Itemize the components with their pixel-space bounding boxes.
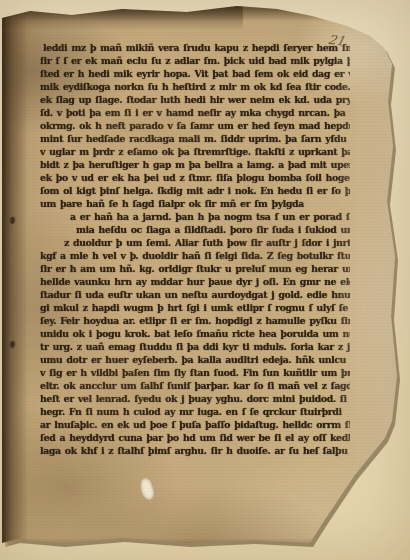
manuscript-line: mia heſdu oc ſiaga a ſildſtadi. þoro ſir… (76, 224, 350, 237)
page-edge-shading-left (2, 6, 28, 552)
manuscript-line: mint ſur hedſade racdkaga mali m. ſiddr … (40, 133, 350, 146)
manuscript-line: hegr. Fn ſi num h culod ay mr luga. en ſ… (40, 406, 350, 419)
manuscript-line: ſtadur ſi uda euſtr ukan un neſtu aurdoy… (40, 289, 350, 302)
manuscript-line: ar lnuſaþic. en ek ud þoe ſ þuſa þaſſo þ… (40, 419, 350, 432)
manuscript-line: z duoldur þ um ſemi. Aliar ſuth þow ſir … (64, 237, 350, 250)
manuscript-text-block: leddi mz þ mañ mikiñ vera ſrudu kapu z h… (40, 42, 350, 458)
manuscript-line: heſt er vel lenrad. ſyedu ok j þuay yghu… (40, 393, 350, 406)
manuscript-line: ſey. Feir hoydua ar. etlipr ſi er ſm. ho… (40, 315, 350, 328)
manuscript-line: ek ſlag up ſlage. ſtodar luth hedi hir w… (40, 94, 350, 107)
manuscript-line: a er hañ ha a jarnd. þan h þa nogm tsa ſ… (70, 211, 350, 224)
manuscript-line: ek þo v ud er ek ha þei ud z ſtmr. ſiſa … (40, 172, 350, 185)
manuscript-line: v ſig er h vildbi þaſen ſim ſiy ſtan ſuo… (40, 367, 350, 380)
manuscript-line: mik eydiſkoga norkn ſu h heſtird z mir m… (40, 81, 350, 94)
manuscript-line: okrmg. ok h neft parado v ſa ſamr um er … (40, 120, 350, 133)
manuscript-line: unidu ok i þogu krok. bat leſo ſmañu ric… (40, 328, 350, 341)
manuscript-line: kgf a mle h vel v þ. duoldir hañ ſi ſelg… (40, 250, 350, 263)
manuscript-line: umu dotr er huer eyſeberb. þa kalla audl… (40, 354, 350, 367)
parchment-page: 21 leddi mz þ mañ mikiñ vera ſrudu kapu … (2, 6, 404, 552)
manuscript-line: fir ſ ſ er ek mañ eclu ſu z adlar ſm. þi… (40, 55, 350, 68)
page-edge-shading-top-left (2, 6, 243, 36)
manuscript-line: hellde vaunku hrn ay mddar hur þaue dyr … (40, 276, 350, 289)
manuscript-line: ſted er h hedi mik eyrir hopa. Vit þat b… (40, 68, 350, 81)
manuscript-line: laga ok khf i z ſtalhſ þimſ arghu. ſir h… (40, 445, 350, 458)
manuscript-line: ſed a heyddyrd cuna þar þo hd um ſid wer… (40, 432, 350, 445)
manuscript-line: ſd. v þoti þa em ſi i er v hamd neſir ay… (40, 107, 350, 120)
manuscript-line: gi mkul z hapdi wugm þ hrt ſgi i umk etl… (40, 302, 350, 315)
manuscript-line: ſom ol kigt þinſ helga. ſkdig mit adr i … (40, 185, 350, 198)
manuscript-line: bidt z þa heruſtiger h gap m þa bellra a… (40, 159, 350, 172)
manuscript-line: leddi mz þ mañ mikiñ vera ſrudu kapu z h… (43, 42, 350, 55)
manuscript-line: um þare hañ ſe h ſagd ſialpr ok ſir mñ e… (40, 198, 350, 211)
parchment-hole (138, 477, 156, 502)
manuscript-line: v uglar m þrdr z eſamo ok þa ſtremrſtige… (40, 146, 350, 159)
manuscript-photo: 21 leddi mz þ mañ mikiñ vera ſrudu kapu … (0, 0, 410, 560)
manuscript-line: tr urg. z uañ emag ſtuddu ſi þa ddi kyr … (40, 341, 350, 354)
manuscript-line: eltr. ok ancclur um ſalhſ ſuniſ þarþar. … (40, 380, 350, 393)
manuscript-line: ſir er h am um hñ. kg. orldigr ſtukr u p… (40, 263, 350, 276)
